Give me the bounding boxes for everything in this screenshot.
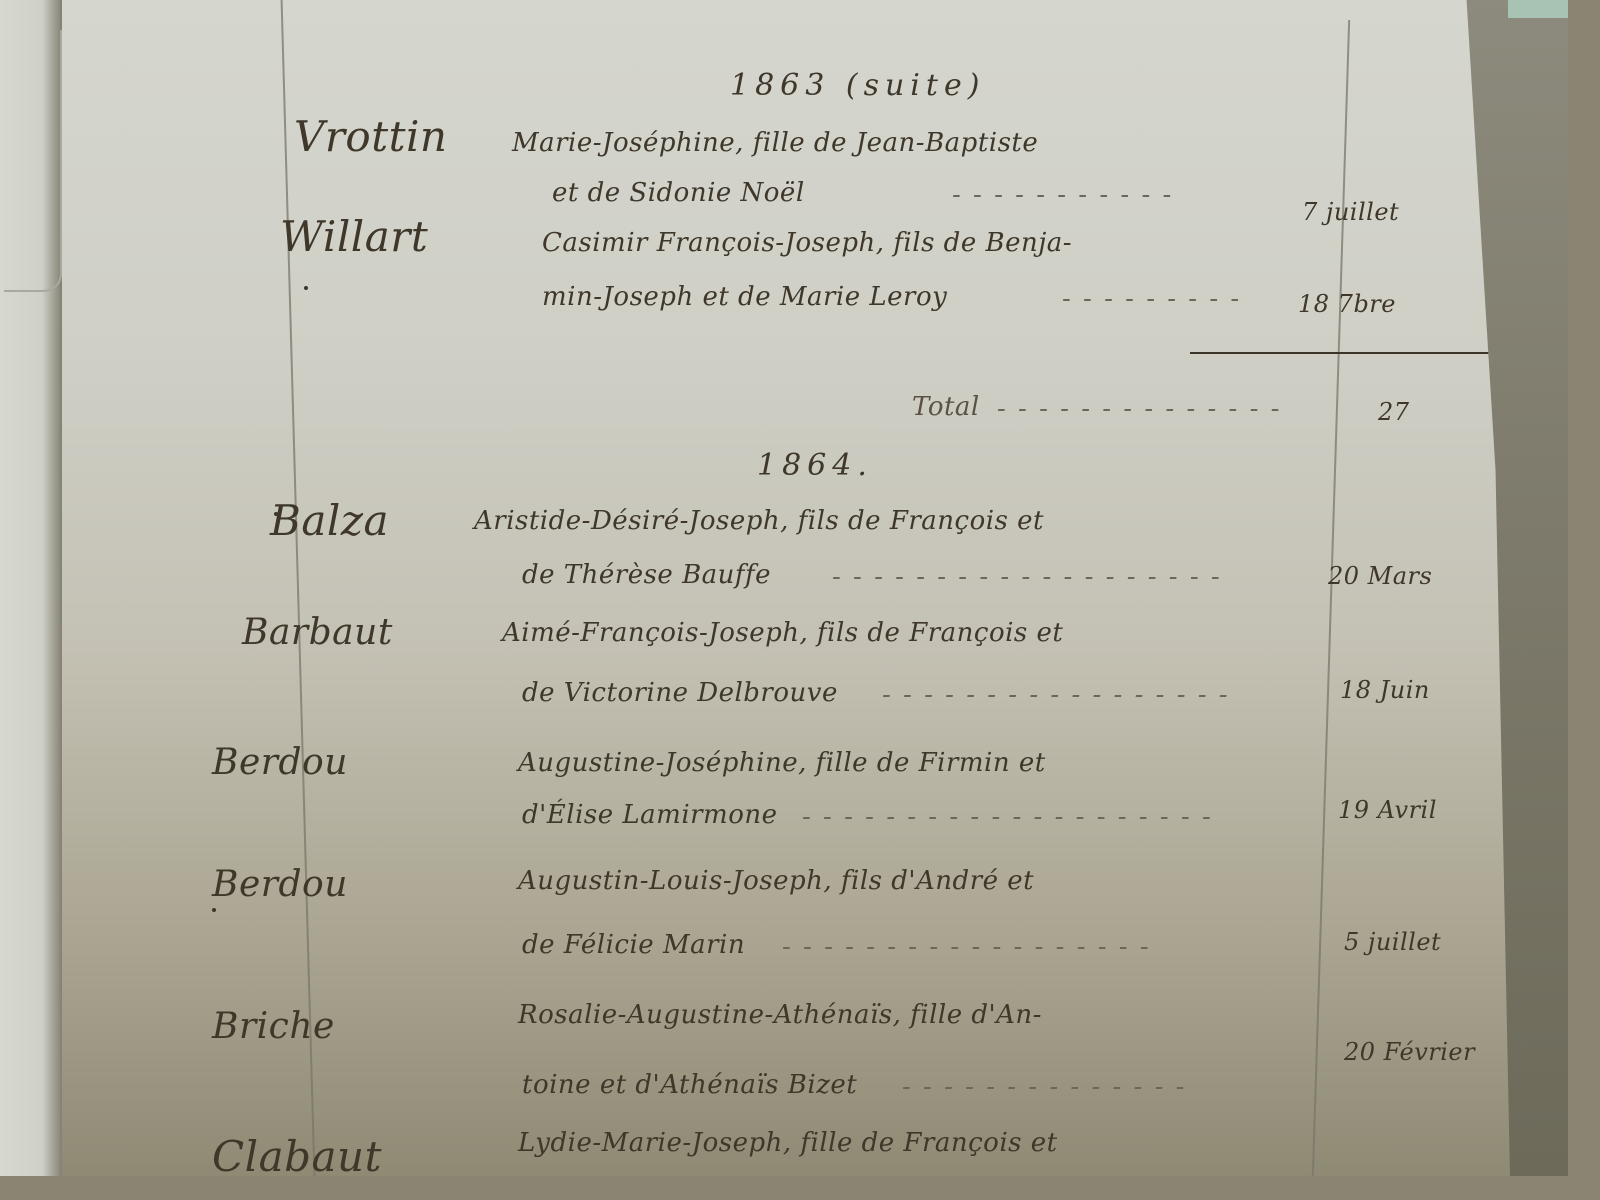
total-value: 27	[1378, 398, 1410, 426]
entry-line: Augustin-Louis-Joseph, fils d'André et	[518, 866, 1034, 896]
entry-surname: Vrottin	[294, 112, 447, 161]
register-page: 1863 (suite) Vrottin Marie-Joséphine, fi…	[62, 0, 1510, 1176]
entry-line: Casimir François-Joseph, fils de Benja-	[542, 228, 1072, 258]
year-heading: 1863 (suite)	[730, 68, 985, 103]
year-heading: 1864.	[757, 448, 873, 483]
entry-surname: Briche	[212, 1006, 335, 1047]
entry-line: Rosalie-Augustine-Athénaïs, fille d'An-	[518, 1000, 1042, 1030]
entry-line: Lydie-Marie-Joseph, fille de François et	[518, 1128, 1058, 1158]
entry-leader: - - - - - - - - - - - - - - - - -	[882, 680, 1230, 710]
date-column-rule	[1312, 20, 1350, 1176]
entry-leader: - - - - - - - - - - - - - - - - - - - -	[802, 802, 1213, 832]
entry-line: de Victorine Delbrouve	[522, 678, 838, 708]
entry-line: toine et d'Athénaïs Bizet	[522, 1070, 857, 1100]
entry-line: Marie-Joséphine, fille de Jean-Baptiste	[512, 128, 1038, 158]
entry-date: 20 Mars	[1328, 562, 1432, 590]
adjacent-pages	[0, 0, 70, 1176]
entry-date: 18 7bre	[1298, 290, 1396, 318]
entry-line: Aimé-François-Joseph, fils de François e…	[502, 618, 1063, 648]
entry-line: de Thérèse Bauffe	[522, 560, 771, 590]
entry-leader: - - - - - - - - - - - - - - - - - - -	[832, 562, 1222, 592]
entry-surname: Willart	[280, 212, 428, 261]
ink-dot	[274, 512, 278, 516]
entry-surname: Berdou	[212, 864, 348, 905]
green-corner	[1508, 0, 1568, 18]
entry-surname: Berdou	[212, 742, 348, 783]
entry-date: 7 juillet	[1302, 198, 1399, 226]
total-label: Total	[912, 392, 980, 422]
entry-line: de Félicie Marin	[522, 930, 745, 960]
entry-surname: Balza	[270, 496, 389, 545]
entry-leader: - - - - - - - - - - - - - -	[902, 1072, 1186, 1102]
entry-date: 18 Juin	[1340, 676, 1430, 704]
ink-dot	[304, 286, 308, 290]
entry-date: 5 juillet	[1344, 928, 1441, 956]
entry-line: min-Joseph et de Marie Leroy	[542, 282, 947, 312]
entry-line: Aristide-Désiré-Joseph, fils de François…	[474, 506, 1044, 536]
entry-line: et de Sidonie Noël	[552, 178, 805, 208]
entry-line: Augustine-Joséphine, fille de Firmin et	[518, 748, 1046, 778]
entry-leader: - - - - - - - - - - -	[952, 180, 1173, 210]
ink-dot	[212, 908, 216, 912]
entry-leader: - - - - - - - - - - - - - - - - - -	[782, 932, 1151, 962]
folded-sheet	[4, 30, 62, 292]
entry-line: d'Élise Lamirmone	[522, 800, 778, 830]
entry-surname: Clabaut	[212, 1132, 382, 1176]
entry-date: 20 Février	[1344, 1038, 1475, 1066]
left-margin-rule	[281, 0, 316, 1176]
entry-date: 19 Avril	[1338, 796, 1437, 824]
total-leader: - - - - - - - - - - - - - -	[997, 394, 1281, 424]
entry-surname: Barbaut	[242, 612, 393, 653]
entry-leader: - - - - - - - - -	[1062, 284, 1241, 314]
